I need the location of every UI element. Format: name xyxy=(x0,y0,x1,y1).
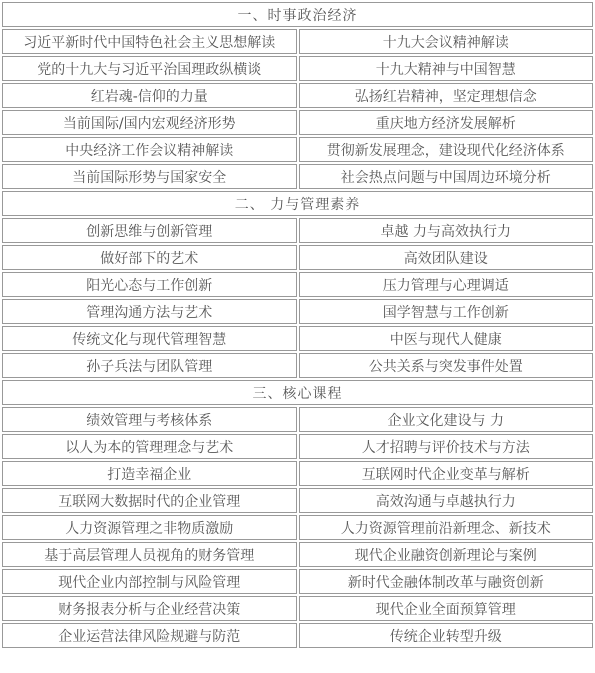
course-cell: 阳光心态与工作创新 xyxy=(2,272,297,297)
course-table: 一、时事政治经济习近平新时代中国特色社会主义思想解读十九大会议精神解读党的十九大… xyxy=(0,0,595,650)
course-row: 基于高层管理人员视角的财务管理现代企业融资创新理论与案例 xyxy=(2,542,593,567)
course-cell: 人才招聘与评价技术与方法 xyxy=(299,434,594,459)
course-row: 打造幸福企业互联网时代企业变革与解析 xyxy=(2,461,593,486)
course-cell: 高效沟通与卓越执行力 xyxy=(299,488,594,513)
course-cell: 中央经济工作会议精神解读 xyxy=(2,137,297,162)
course-cell: 卓越 力与高效执行力 xyxy=(299,218,594,243)
course-row: 企业运营法律风险规避与防范传统企业转型升级 xyxy=(2,623,593,648)
course-row: 以人为本的管理理念与艺术人才招聘与评价技术与方法 xyxy=(2,434,593,459)
course-cell: 做好部下的艺术 xyxy=(2,245,297,270)
course-cell: 互联网大数据时代的企业管理 xyxy=(2,488,297,513)
course-row: 当前国际/国内宏观经济形势重庆地方经济发展解析 xyxy=(2,110,593,135)
course-row: 人力资源管理之非物质激励人力资源管理前沿新理念、新技术 xyxy=(2,515,593,540)
course-row: 习近平新时代中国特色社会主义思想解读十九大会议精神解读 xyxy=(2,29,593,54)
course-cell: 传统企业转型升级 xyxy=(299,623,594,648)
course-cell: 习近平新时代中国特色社会主义思想解读 xyxy=(2,29,297,54)
course-cell: 以人为本的管理理念与艺术 xyxy=(2,434,297,459)
course-cell: 孙子兵法与团队管理 xyxy=(2,353,297,378)
course-cell: 企业文化建设与 力 xyxy=(299,407,594,432)
course-cell: 基于高层管理人员视角的财务管理 xyxy=(2,542,297,567)
course-cell: 新时代金融体制改革与融资创新 xyxy=(299,569,594,594)
course-cell: 管理沟通方法与艺术 xyxy=(2,299,297,324)
course-cell: 现代企业全面预算管理 xyxy=(299,596,594,621)
section-row: 一、时事政治经济 xyxy=(2,2,593,27)
course-cell: 打造幸福企业 xyxy=(2,461,297,486)
course-row: 做好部下的艺术高效团队建设 xyxy=(2,245,593,270)
course-cell: 创新思维与创新管理 xyxy=(2,218,297,243)
course-row: 阳光心态与工作创新压力管理与心理调适 xyxy=(2,272,593,297)
course-cell: 国学智慧与工作创新 xyxy=(299,299,594,324)
section-row: 二、 力与管理素养 xyxy=(2,191,593,216)
page: 一、时事政治经济习近平新时代中国特色社会主义思想解读十九大会议精神解读党的十九大… xyxy=(0,0,595,673)
course-cell: 传统文化与现代管理智慧 xyxy=(2,326,297,351)
course-cell: 重庆地方经济发展解析 xyxy=(299,110,594,135)
course-cell: 红岩魂-信仰的力量 xyxy=(2,83,297,108)
course-cell: 贯彻新发展理念，建设现代化经济体系 xyxy=(299,137,594,162)
course-row: 管理沟通方法与艺术国学智慧与工作创新 xyxy=(2,299,593,324)
course-row: 传统文化与现代管理智慧中医与现代人健康 xyxy=(2,326,593,351)
course-row: 绩效管理与考核体系企业文化建设与 力 xyxy=(2,407,593,432)
course-cell: 当前国际形势与国家安全 xyxy=(2,164,297,189)
section-row: 三、核心课程 xyxy=(2,380,593,405)
section-header-cell: 一、时事政治经济 xyxy=(2,2,593,27)
course-cell: 互联网时代企业变革与解析 xyxy=(299,461,594,486)
course-cell: 社会热点问题与中国周边环境分析 xyxy=(299,164,594,189)
course-cell: 十九大会议精神解读 xyxy=(299,29,594,54)
course-cell: 公共关系与突发事件处置 xyxy=(299,353,594,378)
course-cell: 十九大精神与中国智慧 xyxy=(299,56,594,81)
course-cell: 高效团队建设 xyxy=(299,245,594,270)
course-row: 党的十九大与习近平治国理政纵横谈十九大精神与中国智慧 xyxy=(2,56,593,81)
course-row: 当前国际形势与国家安全社会热点问题与中国周边环境分析 xyxy=(2,164,593,189)
section-header-cell: 三、核心课程 xyxy=(2,380,593,405)
course-table-body: 一、时事政治经济习近平新时代中国特色社会主义思想解读十九大会议精神解读党的十九大… xyxy=(2,2,593,648)
course-cell: 压力管理与心理调适 xyxy=(299,272,594,297)
course-row: 孙子兵法与团队管理公共关系与突发事件处置 xyxy=(2,353,593,378)
section-header-cell: 二、 力与管理素养 xyxy=(2,191,593,216)
course-row: 中央经济工作会议精神解读贯彻新发展理念，建设现代化经济体系 xyxy=(2,137,593,162)
course-cell: 企业运营法律风险规避与防范 xyxy=(2,623,297,648)
course-row: 红岩魂-信仰的力量弘扬红岩精神，坚定理想信念 xyxy=(2,83,593,108)
course-cell: 弘扬红岩精神，坚定理想信念 xyxy=(299,83,594,108)
course-row: 现代企业内部控制与风险管理新时代金融体制改革与融资创新 xyxy=(2,569,593,594)
course-cell: 绩效管理与考核体系 xyxy=(2,407,297,432)
course-cell: 党的十九大与习近平治国理政纵横谈 xyxy=(2,56,297,81)
course-row: 创新思维与创新管理卓越 力与高效执行力 xyxy=(2,218,593,243)
course-cell: 当前国际/国内宏观经济形势 xyxy=(2,110,297,135)
course-cell: 现代企业内部控制与风险管理 xyxy=(2,569,297,594)
course-row: 互联网大数据时代的企业管理高效沟通与卓越执行力 xyxy=(2,488,593,513)
course-cell: 人力资源管理之非物质激励 xyxy=(2,515,297,540)
course-row: 财务报表分析与企业经营决策现代企业全面预算管理 xyxy=(2,596,593,621)
course-cell: 财务报表分析与企业经营决策 xyxy=(2,596,297,621)
course-cell: 现代企业融资创新理论与案例 xyxy=(299,542,594,567)
course-cell: 中医与现代人健康 xyxy=(299,326,594,351)
course-cell: 人力资源管理前沿新理念、新技术 xyxy=(299,515,594,540)
